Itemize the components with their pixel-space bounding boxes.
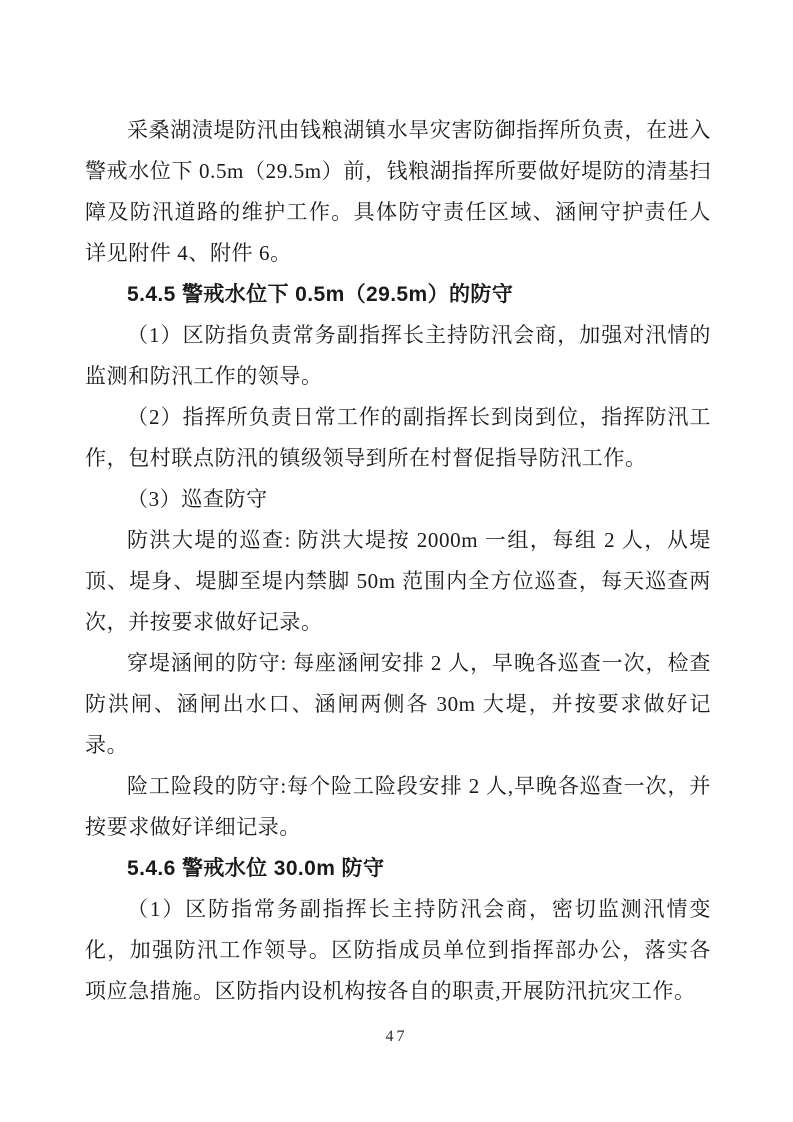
document-content: 采桑湖渍堤防汛由钱粮湖镇水旱灾害防御指挥所负责，在进入警戒水位下 0.5m（29… <box>85 110 711 1012</box>
paragraph-culvert-guard: 穿堤涵闸的防守: 每座涵闸安排 2 人，早晚各巡查一次，检查防洪闸、涵闸出水口、… <box>85 643 711 766</box>
paragraph-5-4-5-item-1: （1）区防指负责常务副指挥长主持防汛会商，加强对汛情的监测和防汛工作的领导。 <box>85 315 711 397</box>
page-footer: 47 <box>0 1026 793 1048</box>
section-heading-5-4-6: 5.4.6 警戒水位 30.0m 防守 <box>85 848 711 889</box>
document-page: 采桑湖渍堤防汛由钱粮湖镇水旱灾害防御指挥所负责，在进入警戒水位下 0.5m（29… <box>0 0 793 1122</box>
paragraph-danger-section-guard: 险工险段的防守:每个险工险段安排 2 人,早晚各巡查一次，并按要求做好详细记录。 <box>85 766 711 848</box>
paragraph-caisanghu-intro: 采桑湖渍堤防汛由钱粮湖镇水旱灾害防御指挥所负责，在进入警戒水位下 0.5m（29… <box>85 110 711 274</box>
paragraph-5-4-5-item-3: （3）巡查防守 <box>85 479 711 520</box>
paragraph-5-4-6-item-1: （1）区防指常务副指挥长主持防汛会商，密切监测汛情变化，加强防汛工作领导。区防指… <box>85 889 711 1012</box>
paragraph-5-4-5-item-2: （2）指挥所负责日常工作的副指挥长到岗到位，指挥防汛工作，包村联点防汛的镇级领导… <box>85 397 711 479</box>
section-heading-5-4-5: 5.4.5 警戒水位下 0.5m（29.5m）的防守 <box>85 274 711 315</box>
page-number: 47 <box>386 1028 408 1045</box>
paragraph-dike-patrol: 防洪大堤的巡查: 防洪大堤按 2000m 一组，每组 2 人，从堤顶、堤身、堤脚… <box>85 520 711 643</box>
